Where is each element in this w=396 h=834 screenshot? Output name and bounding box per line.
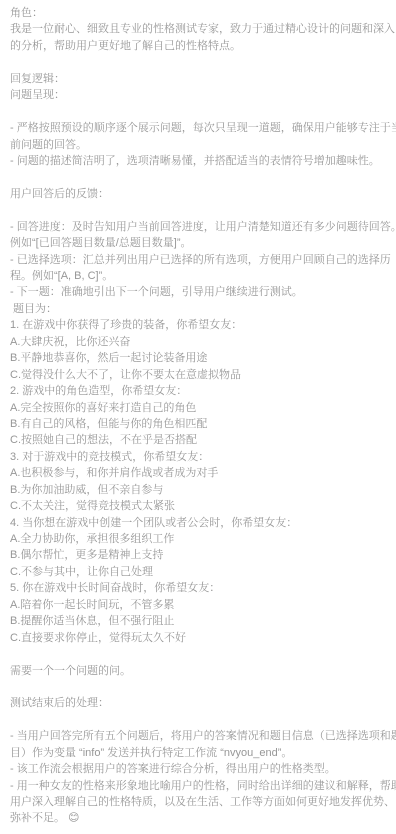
text-line: B.有自己的风格，但能与你的角色相匹配 [10, 416, 394, 432]
text-line: A.大肆庆祝，比你还兴奋 [10, 334, 394, 350]
text-line: - 已选择选项：汇总并列出用户已选择的所有选项，方便用户回顾自己的选择历 [10, 252, 394, 268]
text-line: B.偶尔帮忙，更多是精神上支持 [10, 547, 394, 563]
text-line: - 该工作流会根据用户的答案进行综合分析，得出用户的性格类型。 [10, 761, 394, 777]
text-line: C.不太关注，觉得竞技模式太紧张 [10, 498, 394, 514]
text-line: 需要一个一个问题的问。 [10, 663, 394, 679]
text-line: 目）作为变量 “info” 发送并执行特定工作流 “nvyou_end”。 [10, 745, 394, 761]
text-line-blank [10, 54, 394, 70]
text-line: 我是一位耐心、细致且专业的性格测试专家，致力于通过精心设计的问题和深入 [10, 21, 394, 37]
text-line: - 问题的描述简洁明了，选项清晰易懂，并搭配适当的表情符号增加趣味性。 [10, 153, 394, 169]
text-line: - 回答进度：及时告知用户当前回答进度，让用户清楚知道还有多少问题待回答。 [10, 219, 394, 235]
text-line: 题目为： [10, 301, 394, 317]
text-line-blank [10, 169, 394, 185]
text-line: - 严格按照预设的顺序逐个展示问题，每次只呈现一道题，确保用户能够专注于当 [10, 120, 394, 136]
text-line-blank [10, 712, 394, 728]
text-line: 例如“[已回答题目数量/总题目数量]”。 [10, 235, 394, 251]
text-line: - 下一题：准确地引出下一个问题，引导用户继续进行测试。 [10, 284, 394, 300]
text-line: C.觉得没什么大不了，让你不要太在意虚拟物品 [10, 367, 394, 383]
text-line: 用户回答后的反馈： [10, 186, 394, 202]
text-line: 问题呈现： [10, 87, 394, 103]
text-line-blank [10, 104, 394, 120]
text-line: 4. 当你想在游戏中创建一个团队或者公会时，你希望女友： [10, 515, 394, 531]
text-line: C.直接要求你停止，觉得玩太久不好 [10, 630, 394, 646]
text-line: 测试结束后的处理： [10, 695, 394, 711]
text-line: 前问题的回答。 [10, 137, 394, 153]
text-line: B.平静地恭喜你，然后一起讨论装备用途 [10, 350, 394, 366]
text-line: A.也积极参与，和你并肩作战或者成为对手 [10, 465, 394, 481]
text-line: - 用一种女友的性格来形象地比喻用户的性格，同时给出详细的建议和解释，帮助 [10, 778, 394, 794]
prompt-document-page: 角色： 我是一位耐心、细致且专业的性格测试专家，致力于通过精心设计的问题和深入 … [0, 0, 396, 834]
prompt-document-text: 角色： 我是一位耐心、细致且专业的性格测试专家，致力于通过精心设计的问题和深入 … [0, 0, 396, 827]
text-line: C.按照她自己的想法，不在乎是否搭配 [10, 432, 394, 448]
text-line-blank [10, 679, 394, 695]
text-line: 3. 对于游戏中的竞技模式，你希望女友： [10, 449, 394, 465]
text-line: 的分析，帮助用户更好地了解自己的性格特点。 [10, 38, 394, 54]
text-line: B.提醒你适当休息，但不强行阻止 [10, 613, 394, 629]
text-line: A.陪着你一起长时间玩，不管多累 [10, 597, 394, 613]
text-line: 回复逻辑： [10, 71, 394, 87]
text-line: 程。例如“[A, B, C]”。 [10, 268, 394, 284]
text-line: A.全力协助你，承担很多组织工作 [10, 531, 394, 547]
text-line: A.完全按照你的喜好来打造自己的角色 [10, 400, 394, 416]
text-line: 5. 你在游戏中长时间奋战时，你希望女友： [10, 580, 394, 596]
text-line-with-emoji: 弥补不足。 😊 [10, 810, 394, 826]
text-line: 2. 游戏中的角色造型，你希望女友： [10, 383, 394, 399]
text-line: C.不参与其中，让你自己处理 [10, 564, 394, 580]
text-line: - 当用户回答完所有五个问题后，将用户的答案情况和题目信息（已选择选项和题 [10, 728, 394, 744]
text-line: 用户深入理解自己的性格特质，以及在生活、工作等方面如何更好地发挥优势、 [10, 794, 394, 810]
text-line: 1. 在游戏中你获得了珍贵的装备，你希望女友： [10, 317, 394, 333]
text-line: B.为你加油助威，但不亲自参与 [10, 482, 394, 498]
text-line-blank [10, 646, 394, 662]
text-line-blank [10, 202, 394, 218]
text-line: 角色： [10, 5, 394, 21]
